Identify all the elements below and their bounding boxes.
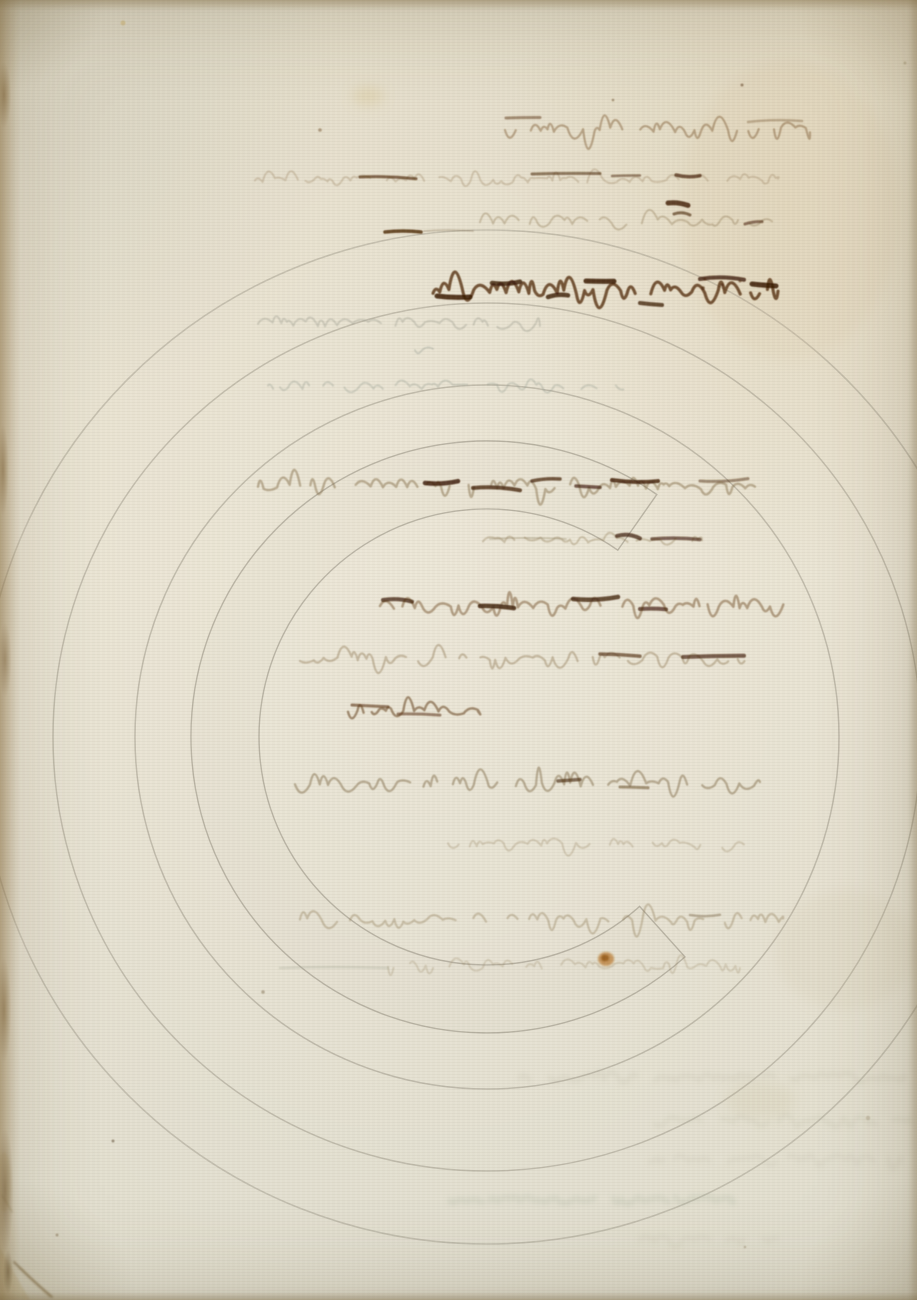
ink-blotch <box>600 654 640 656</box>
ink-blotch <box>612 480 658 482</box>
paper-stain <box>0 1152 11 1212</box>
ink-blotch <box>652 538 700 539</box>
ink-dot <box>112 1140 115 1143</box>
ink-blotch <box>532 173 600 174</box>
ink-dot <box>612 99 615 102</box>
ink-blotch <box>425 481 458 483</box>
line-6 <box>268 379 623 392</box>
ink-blotch <box>748 120 802 122</box>
ink-blotch <box>640 303 662 305</box>
paper-stain <box>352 86 384 106</box>
ink-blotch <box>548 295 568 297</box>
laid-paper-texture <box>0 0 917 1300</box>
ink-dot <box>741 84 744 87</box>
paper-stain <box>601 955 609 962</box>
ink-blotch <box>745 222 762 224</box>
corner-tear-crease <box>20 1268 50 1296</box>
paper-stain <box>598 952 614 966</box>
ink-dot <box>904 62 907 65</box>
line-5 <box>258 316 540 331</box>
paper-stain <box>775 890 915 1010</box>
ink-blotch <box>506 117 540 118</box>
ink-blotch <box>700 479 748 482</box>
ink-blotch <box>674 213 690 215</box>
line-12 <box>295 768 760 797</box>
ink-blotch <box>690 915 720 916</box>
paper-bottom-edge <box>0 1292 917 1300</box>
ink-blotch <box>676 175 700 177</box>
ink-blotch <box>480 606 514 608</box>
ink-blotch <box>398 714 440 715</box>
ink-blotch <box>620 787 648 788</box>
line-10 <box>300 645 745 673</box>
photo-vignette <box>0 0 917 1300</box>
copyright-c-watermark <box>0 0 917 1300</box>
paper-right-edge <box>908 0 917 1300</box>
ink-dot <box>866 1116 870 1120</box>
smudge-1 <box>520 1072 905 1083</box>
manuscript-page-photo <box>0 0 917 1300</box>
ink-dot <box>318 128 322 132</box>
dash-tail <box>424 230 473 231</box>
line-11 <box>348 697 480 718</box>
line-4 <box>433 272 778 308</box>
ink-dot <box>261 990 265 994</box>
ink-dot <box>121 21 126 26</box>
watermark-letter-c <box>191 441 685 1033</box>
line-8 <box>483 533 702 545</box>
line-7 <box>258 470 755 505</box>
paper-stain <box>13 130 31 1170</box>
stains-and-tear-group <box>0 952 614 1300</box>
corner-tear-crease <box>14 1262 52 1297</box>
ink-dot <box>703 277 706 280</box>
line-15 <box>388 955 740 975</box>
ink-dot <box>56 1234 59 1237</box>
ink-blotch <box>383 599 412 602</box>
dash-mid <box>490 538 566 539</box>
ink-blotch <box>352 705 388 707</box>
paper-surface <box>0 0 917 1300</box>
smudge-2 <box>655 1115 912 1127</box>
corner-tear-flap <box>0 1248 30 1300</box>
ink-blotch <box>640 609 666 610</box>
line-13 <box>448 839 744 856</box>
smudge-4 <box>450 1197 733 1204</box>
ink-blotch <box>683 656 744 657</box>
line-2 <box>255 169 779 186</box>
paper-left-worn-edge <box>0 0 20 1300</box>
line-9 <box>380 592 783 618</box>
paper-stain <box>680 60 900 360</box>
ink-bleedthrough-handwriting <box>0 0 917 1300</box>
ink-dot <box>739 280 742 283</box>
ink-blotch <box>668 203 688 206</box>
watermark-ring-middle <box>53 303 917 1171</box>
ink-blotch <box>437 296 470 297</box>
script-lines-group <box>56 21 907 1249</box>
ink-blotch <box>573 597 618 600</box>
ink-blotch <box>700 277 744 279</box>
ink-blotch <box>532 479 560 481</box>
mark-between <box>415 347 433 353</box>
watermark-ring-outer <box>0 230 917 1244</box>
ink-blotch <box>473 487 520 490</box>
ink-blotch <box>576 486 600 487</box>
ink-dot <box>744 1246 747 1249</box>
soft-stains-group <box>13 60 915 1170</box>
paper-top-edge <box>0 0 917 10</box>
line-14 <box>300 904 783 936</box>
ink-blotch <box>752 284 776 286</box>
dash-dark <box>385 231 421 232</box>
line-3 <box>480 210 772 230</box>
ink-blotch <box>360 177 416 179</box>
watermark-ring-inner <box>135 385 839 1089</box>
smudge-5 <box>640 1236 777 1247</box>
smudge-3 <box>650 1155 901 1170</box>
paper-stain <box>725 1082 795 1118</box>
faint-smudge-lines-group <box>450 1072 912 1247</box>
ink-blotch <box>558 779 580 781</box>
corner-tear-crease <box>2 1195 12 1212</box>
ink-blotch <box>617 535 640 539</box>
ink-blotch <box>492 282 520 284</box>
line-1 <box>505 115 810 149</box>
dash-faint-greenish <box>280 967 388 968</box>
ink-dot <box>721 284 724 287</box>
ink-dot <box>701 286 705 290</box>
